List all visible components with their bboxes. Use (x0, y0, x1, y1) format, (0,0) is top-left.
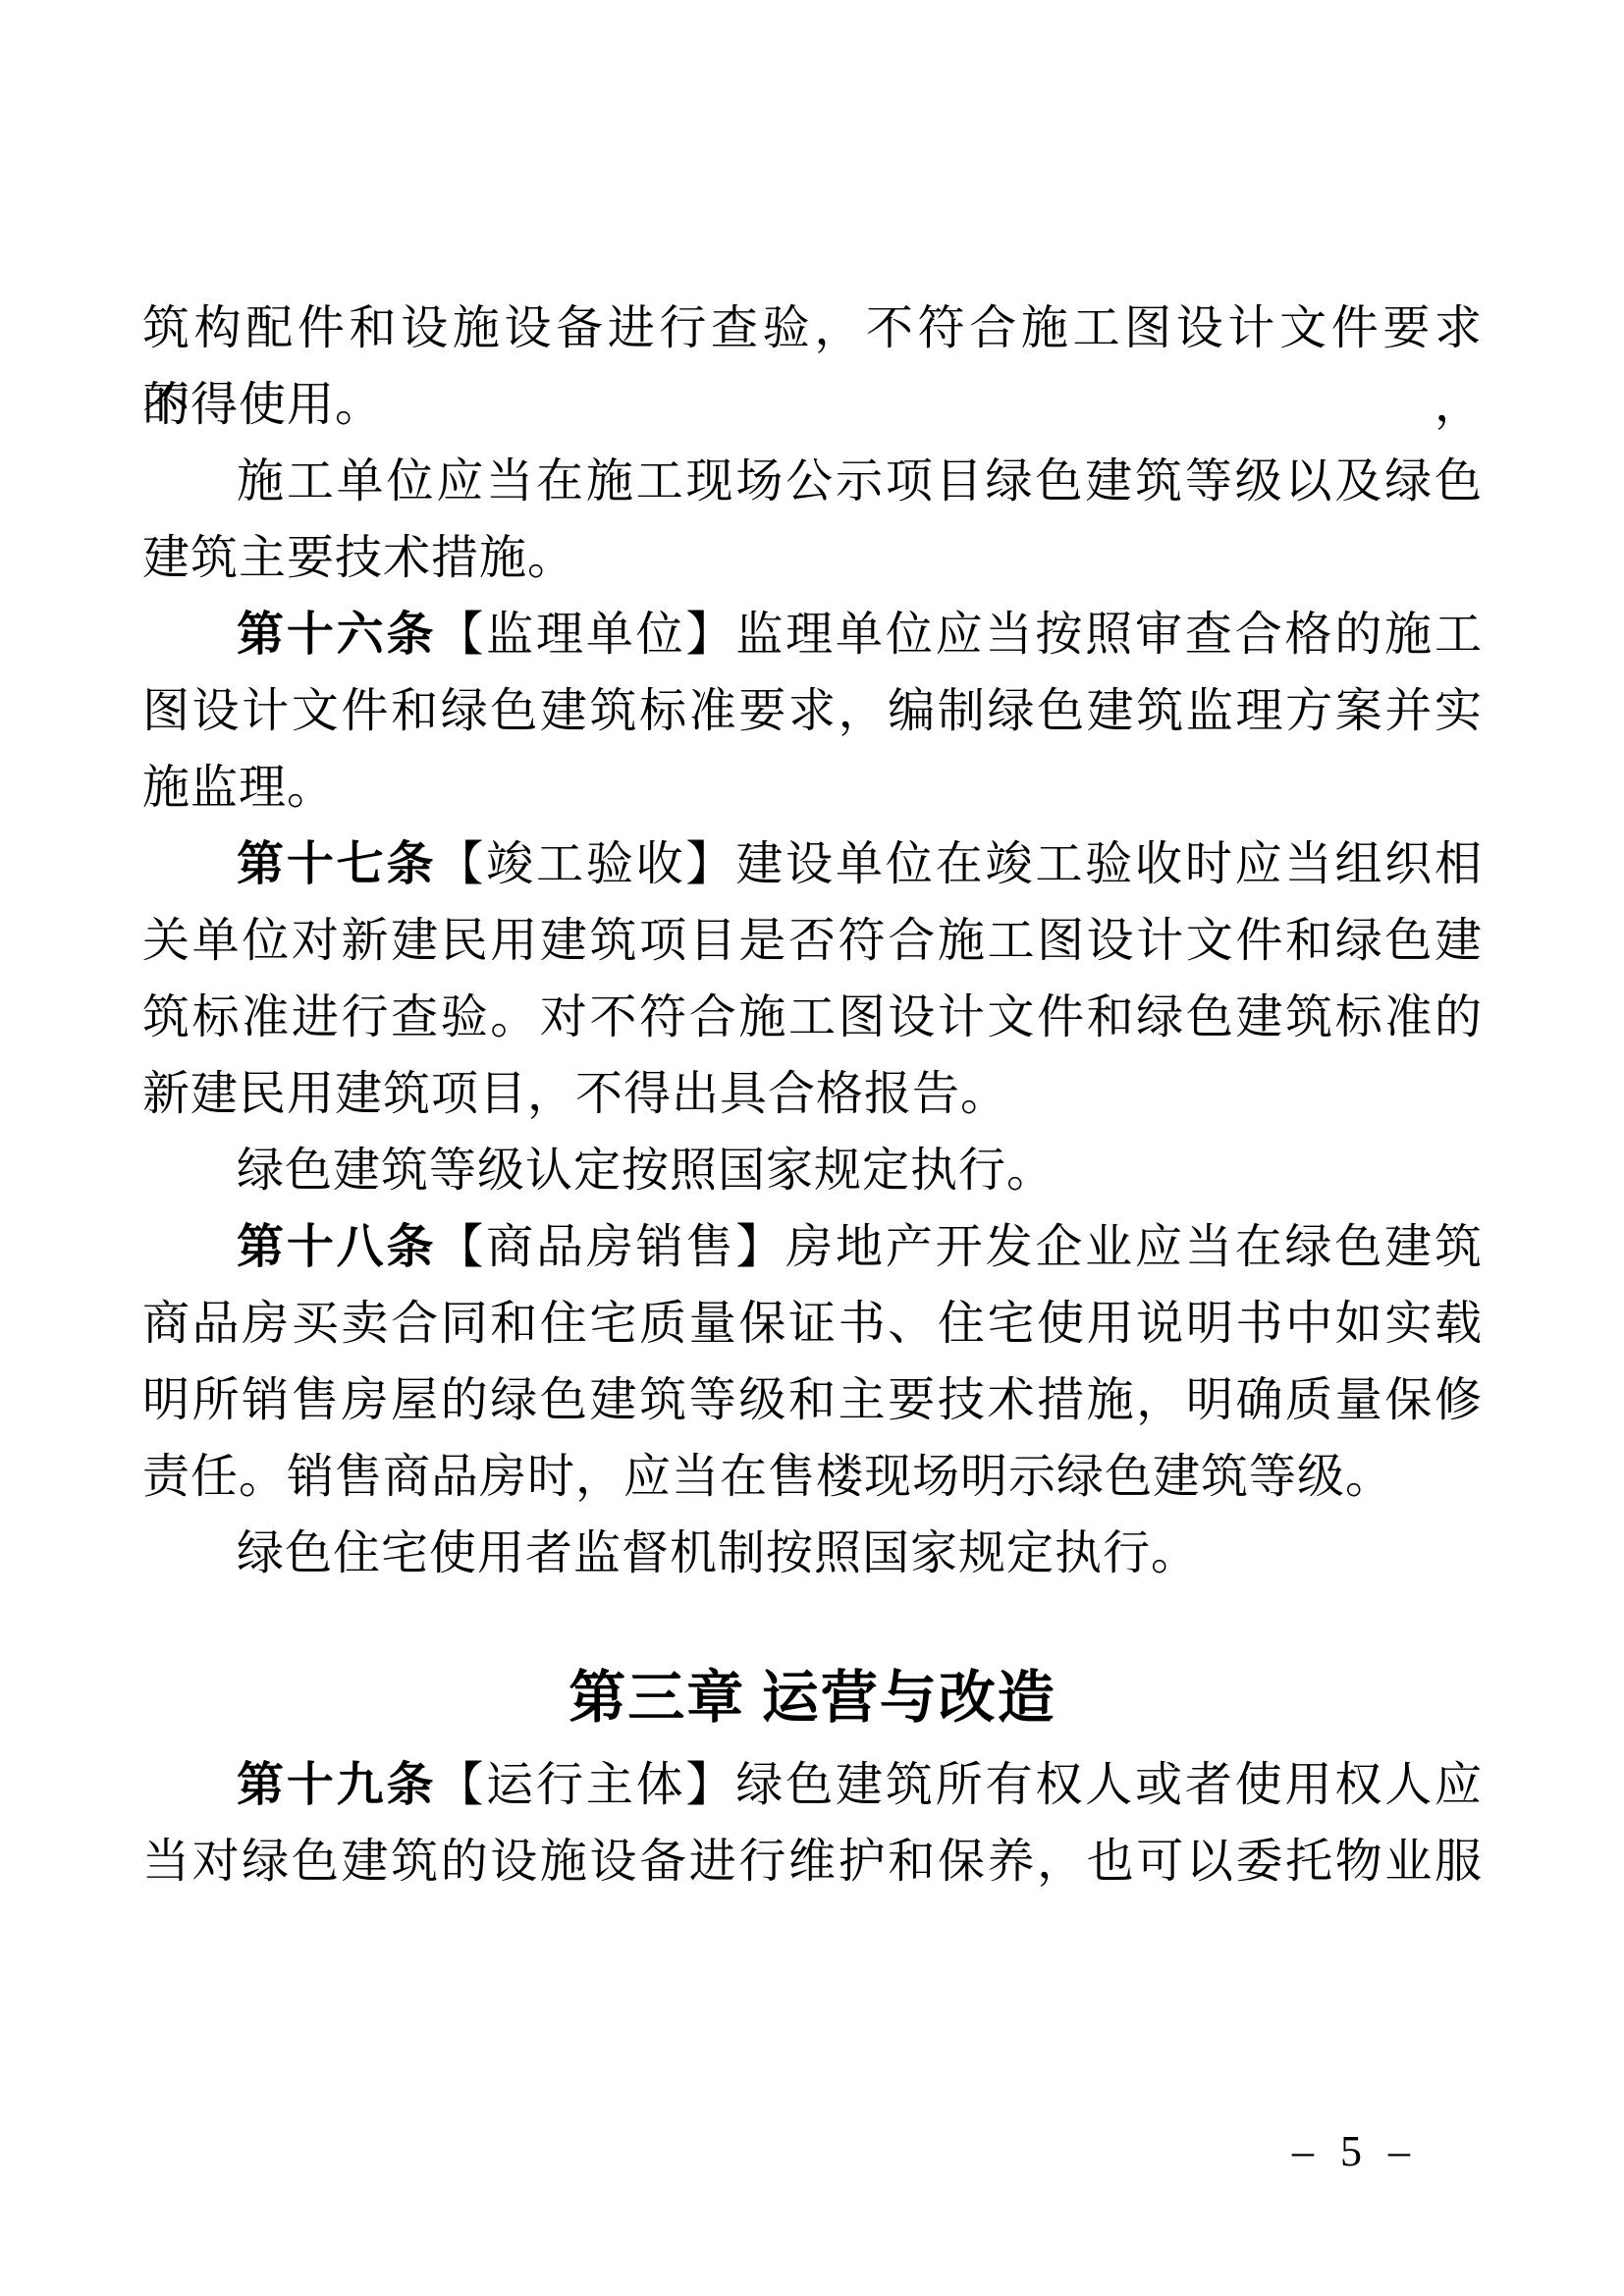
text-segment: 【竣工验收】建设单位在竣工验收时应当组织相 (436, 838, 1483, 890)
text-line: 第十八条【商品房销售】房地产开发企业应当在绿色建筑 (142, 1209, 1483, 1286)
text-line: 当对绿色建筑的设施设备进行维护和保养，也可以委托物业服 (142, 1824, 1483, 1900)
text-segment: 绿色建筑等级认定按照国家规定执行。 (237, 1145, 1055, 1197)
text-segment: 关单位对新建民用建筑项目是否符合施工图设计文件和绿色建 (142, 915, 1483, 967)
text-line: 筑标准进行查验。对不符合施工图设计文件和绿色建筑标准的 (142, 980, 1483, 1056)
body-text-block: 筑构配件和设施设备进行查验，不符合施工图设计文件要求的，不得使用。施工单位应当在… (142, 291, 1483, 1592)
text-line: 商品房买卖合同和住宅质量保证书、住宅使用说明书中如实载 (142, 1286, 1483, 1362)
text-line: 绿色建筑等级认定按照国家规定执行。 (142, 1133, 1483, 1209)
text-line: 新建民用建筑项目，不得出具合格报告。 (142, 1056, 1483, 1133)
text-segment: 建筑主要技术措施。 (142, 532, 575, 584)
text-line: 第十九条【运行主体】绿色建筑所有权人或者使用权人应 (142, 1747, 1483, 1824)
text-segment: 施工单位应当在施工现场公示项目绿色建筑等级以及绿色 (237, 455, 1483, 507)
text-segment: 【运行主体】绿色建筑所有权人或者使用权人应 (436, 1759, 1483, 1811)
text-segment: 新建民用建筑项目，不得出具合格报告。 (142, 1068, 1008, 1120)
document-page: 筑构配件和设施设备进行查验，不符合施工图设计文件要求的，不得使用。施工单位应当在… (0, 0, 1624, 2296)
text-segment: 绿色住宅使用者监督机制按照国家规定执行。 (237, 1527, 1199, 1579)
text-line: 关单位对新建民用建筑项目是否符合施工图设计文件和绿色建 (142, 903, 1483, 980)
text-segment: 图设计文件和绿色建筑标准要求，编制绿色建筑监理方案并实 (142, 685, 1483, 737)
chapter-heading: 第三章 运营与改造 (142, 1657, 1483, 1739)
text-line: 施工单位应当在施工现场公示项目绿色建筑等级以及绿色 (142, 444, 1483, 520)
text-segment: 【监理单位】监理单位应当按照审查合格的施工 (436, 609, 1483, 661)
text-line: 施监理。 (142, 750, 1483, 827)
text-line: 绿色住宅使用者监督机制按照国家规定执行。 (142, 1516, 1483, 1592)
text-line: 明所销售房屋的绿色建筑等级和主要技术措施，明确质量保修 (142, 1362, 1483, 1439)
article-number: 第十八条 (237, 1221, 436, 1273)
text-segment: 【商品房销售】房地产开发企业应当在绿色建筑 (436, 1221, 1483, 1273)
text-segment: 责任。销售商品房时，应当在售楼现场明示绿色建筑等级。 (142, 1451, 1393, 1503)
text-line: 图设计文件和绿色建筑标准要求，编制绿色建筑监理方案并实 (142, 673, 1483, 750)
article-number: 第十九条 (237, 1759, 436, 1811)
article-number: 第十六条 (237, 609, 436, 661)
text-line: 筑构配件和设施设备进行查验，不符合施工图设计文件要求的， (142, 291, 1483, 367)
text-segment: 不得使用。 (142, 379, 383, 431)
text-segment: 当对绿色建筑的设施设备进行维护和保养，也可以委托物业服 (142, 1836, 1483, 1888)
page-number: – 5 – (1292, 2128, 1418, 2175)
text-segment: 商品房买卖合同和住宅质量保证书、住宅使用说明书中如实载 (142, 1298, 1483, 1350)
article-number: 第十七条 (237, 838, 436, 890)
text-segment: 明所销售房屋的绿色建筑等级和主要技术措施，明确质量保修 (142, 1374, 1483, 1426)
text-segment: 筑标准进行查验。对不符合施工图设计文件和绿色建筑标准的 (142, 991, 1483, 1043)
body-text-block-2: 第十九条【运行主体】绿色建筑所有权人或者使用权人应当对绿色建筑的设施设备进行维护… (142, 1747, 1483, 1900)
text-line: 第十六条【监理单位】监理单位应当按照审查合格的施工 (142, 597, 1483, 673)
text-line: 责任。销售商品房时，应当在售楼现场明示绿色建筑等级。 (142, 1439, 1483, 1516)
text-segment: 施监理。 (142, 762, 335, 814)
text-line: 第十七条【竣工验收】建设单位在竣工验收时应当组织相 (142, 827, 1483, 903)
text-line: 建筑主要技术措施。 (142, 520, 1483, 597)
